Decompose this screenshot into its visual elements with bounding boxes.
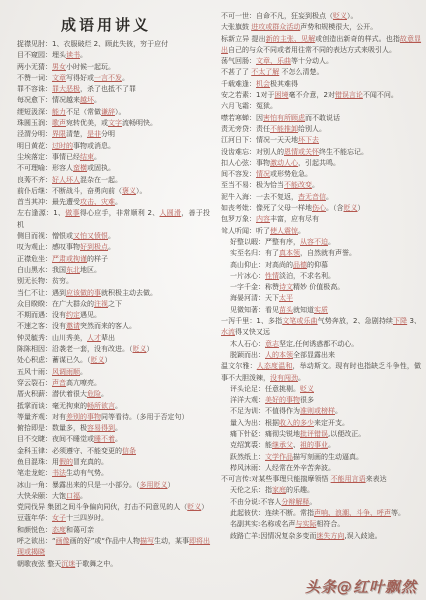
definition-highlight: 人的本领 (265, 351, 293, 359)
definition-text: 名称或名声 (260, 520, 295, 528)
definition-text: ，杀了也抵不了罪 (80, 85, 136, 93)
idiom-entry: 良莠不齐：好人坏人混杂在一起。 (17, 175, 210, 186)
definition-text: 事情已经 (52, 153, 80, 161)
idiom-entry: 不足为训：不值得作为准则或榜样。 (221, 406, 421, 417)
definition-highlight: 男女 (52, 63, 66, 71)
definition-highlight: 错误言论 (335, 91, 363, 99)
definition-text: 的样子 (87, 255, 108, 263)
definition-highlight: 文字 (108, 119, 122, 127)
idiom-term: 绠短汲深： (17, 108, 52, 116)
definition-text: 潜伏着很大 (52, 390, 87, 398)
idiom-term: 扣人心弦： (221, 159, 256, 167)
definition-text: 自己的与众不同或者用往常不同的表达方式来吸引人。 (228, 46, 396, 54)
definition-text: 任意挑剔。 (265, 385, 300, 393)
definition-text: 因情况复杂多变而 (260, 532, 316, 540)
definition-text: 宛转优美，或 (66, 119, 108, 127)
definition-highlight: 假的 (59, 458, 73, 466)
definition-highlight: 不能用言语 (331, 475, 366, 483)
idiom-term: 党同伐异 (17, 503, 47, 511)
definition-highlight: 苗头 (279, 306, 293, 314)
idiom-entry: 处心积虑：蓄谋已久。（贬义） (17, 355, 210, 366)
definition-text: ） (168, 481, 175, 489)
idiom-term: 不期而遇： (17, 311, 52, 319)
definition-text: 自命不凡，狂妄到极点（ (256, 12, 333, 20)
definition-text: 和蔼可亲 (66, 526, 94, 534)
idiom-term: 至当不易： (221, 181, 256, 189)
idiom-term: 没齿难忘： (221, 148, 256, 156)
idiom-entry: 左右逢源：1、做事得心应手，非常顺利 2、人圆滑，善于投机 (17, 208, 210, 231)
idiom-term: 当仁不让： (17, 289, 52, 297)
idiom-entry: 不赞一词：文章写得好或一言不发。 (17, 73, 210, 84)
definition-highlight: 美好的事物 (265, 396, 300, 404)
definition-text: 蓄谋已久。（ (52, 356, 91, 364)
definition-highlight: 应该做的事 (66, 289, 101, 297)
idiom-term: 穿云裂石： (17, 379, 52, 387)
idiom-term: 责无旁贷： (221, 125, 256, 133)
definition-text: 称赞 (265, 283, 279, 291)
idiom-entry: 绠短汲深：能力不足（常做谦辞）。 (17, 107, 210, 118)
definition-text: 得心应手，非常顺利 2、 (80, 209, 160, 217)
definition-highlight: 进攻或群众活动 (251, 23, 300, 31)
definition-text: 没有 (52, 311, 66, 319)
idiom-entry: 首当其冲：最先遭受攻击、灾难。 (17, 197, 210, 208)
definition-highlight: 严肃或拘谨 (52, 255, 87, 263)
idiom-term: 目不交睫： (17, 435, 52, 443)
definition-text: 坚定,任何诱惑都不动心。 (279, 340, 358, 348)
idiom-term: 鱼目混珠： (17, 458, 52, 466)
definition-highlight: 杳无音信 (298, 193, 326, 201)
idiom-entry: 抵掌而谈：毫无拘束的畅所欲言。 (17, 401, 210, 412)
definition-text: 或形势危急。 (270, 170, 312, 178)
definition-highlight: 品德 (293, 261, 307, 269)
definition-highlight: 内容 (256, 215, 270, 223)
idiom-entry: 尘埃落定：事情已经结束。 (17, 152, 210, 163)
definition-highlight: 人态度温和 (257, 362, 293, 370)
idiom-term: 叹为观止： (17, 243, 52, 251)
definition-text: ）。 (115, 108, 126, 116)
right-column: 不可一世：自命不凡，狂妄到极点（贬义）。大张旗鼓 进攻或群众活动声势和规模很大，… (221, 11, 421, 542)
definition-text: 小时候一起玩。 (66, 63, 115, 71)
definition-text: 很多 (300, 396, 314, 404)
definition-text: 等。 (391, 509, 405, 517)
idiom-term: 噤若寒蝉： (221, 114, 256, 122)
definition-text: 。 (328, 441, 335, 449)
idiom-entry: 目不窥园：埋头读书。 (17, 50, 210, 61)
idiom-term: 罪不容诛： (17, 85, 52, 93)
definition-text: 必须遵守、不能变更的 (52, 447, 122, 455)
definition-highlight: 从容不迫 (300, 238, 328, 246)
idiom-entry: 六月飞霜：冤狱。 (221, 101, 421, 112)
definition-highlight: 畅所欲言 (87, 402, 115, 410)
idiom-entry: 目不交睫：夜间不睡觉或睡不着。 (17, 434, 210, 445)
idiom-term: 不可言传: (221, 475, 251, 483)
idiom-term: 陈陈相因： (17, 345, 52, 353)
idiom-term: 笔走龙蛇： (17, 469, 52, 477)
definition-highlight: 声响、浪潮、斗争、呼声 (314, 509, 391, 517)
definition-text: 整天 (47, 560, 61, 568)
idiom-entry: 实至名归：有了真本领，自然就有声誉。 (221, 248, 421, 259)
definition-text: 责任 (256, 125, 270, 133)
definition-text: 用 (52, 458, 59, 466)
definition-text: 、 (293, 441, 300, 449)
definition-text: 埋头 (52, 51, 66, 59)
definition-text: 不闻不问。 (363, 91, 398, 99)
definition-highlight: 界限 (52, 130, 66, 138)
idiom-entry: 正襟危坐：严肃或拘谨的样子 (17, 254, 210, 265)
definition-text: 等十分动人。 (291, 57, 333, 65)
definition-text: ）。 (136, 187, 147, 195)
definition-text: 像死了父母一样地 (256, 204, 312, 212)
definition-text: 生动，某事 (154, 537, 189, 545)
idiom-entry: 明日黄花：过时的事物或消息。 (17, 141, 210, 152)
idiom-entry: 不期而遇：没有约定遇见。 (17, 310, 210, 321)
definition-highlight: 口福 (66, 492, 80, 500)
idiom-term: 目不窥园： (17, 51, 52, 59)
idiom-entry: 标新立异 提出新的主张、见解或创造出新奇的样式。也指故意显出自己的与众不同或者用… (221, 34, 421, 57)
idiom-entry: 侧目而视：憎恨或又怕又愤恨。 (17, 231, 210, 242)
definition-highlight: 准则或榜样 (300, 407, 335, 415)
idiom-entry: 荡气回肠：文章、乐曲等十分动人。 (221, 56, 421, 67)
idiom-term: 标新立异 (221, 35, 252, 43)
definition-highlight: 好人坏人 (52, 176, 80, 184)
definition-highlight: 批评错误 (300, 430, 328, 438)
idiom-entry: 不速之客：没有邀请突然而来的客人。 (17, 321, 210, 332)
idiom-entry: 见微知著：看见苗头就知道实质 (221, 305, 421, 316)
definition-text: 听了 (256, 227, 270, 235)
idiom-entry: 呼之欲出：“画像画的好”或“作品中人物描写生动，某事即将出现或揭晓 (17, 536, 210, 559)
definition-text: ,误入歧途。 (344, 532, 381, 540)
definition-highlight: 贬义 (300, 385, 314, 393)
document-page: 成语用讲义 捉襟见肘：1、衣服破烂 2、顾此失彼，穷于应付目不窥园：埋头读书。两… (0, 0, 426, 600)
definition-highlight: 贬义 (344, 204, 358, 212)
definition-highlight: 真本领 (279, 249, 300, 257)
definition-text: 清楚， (66, 130, 87, 138)
idiom-term: 金科玉律： (17, 447, 52, 455)
definition-text: 。 (115, 435, 122, 443)
definition-highlight: 继承父 (272, 441, 293, 449)
idiom-term: 不可一世： (221, 12, 256, 20)
definition-highlight: 文笔或乐曲 (282, 317, 317, 325)
definition-text: 对某些事理只能揣摩领悟 (251, 475, 330, 483)
definition-text: 给别人。 (298, 125, 326, 133)
definition-highlight: 注视 (94, 300, 108, 308)
idiom-term: 明日黄花： (17, 142, 52, 150)
definition-text: 指 (265, 486, 272, 494)
idiom-term: 不可理喻： (17, 164, 52, 172)
definition-highlight: 读书 (66, 51, 80, 59)
definition-text: 我国 (52, 266, 66, 274)
definition-text: 。 (309, 498, 316, 506)
definition-highlight: 贬义 (187, 503, 201, 511)
idiom-entry: 扣人心弦：事物激动人心，引起共鸣。 (221, 158, 421, 169)
idiom-term: 前仆后继： (17, 187, 52, 195)
definition-text: 。 (108, 232, 115, 240)
idiom-entry: 金科玉律：必须遵守、不能变更的信条 (17, 446, 210, 457)
definition-text: ） (105, 356, 112, 364)
idiom-entry: 大快朵颐：大饱口福。 (17, 491, 210, 502)
definition-highlight: 贬义 (133, 345, 147, 353)
definition-text: 高亢嘹亮。 (66, 379, 101, 387)
definition-text: 。 (101, 390, 108, 398)
definition-highlight: 能力 (52, 108, 66, 116)
idiom-term: 不足为训： (230, 407, 265, 415)
definition-text: 天下 (265, 294, 279, 302)
definition-highlight: 声音 (52, 379, 66, 387)
idiom-term: 洋洋大观： (230, 396, 265, 404)
definition-highlight: 画像 (56, 537, 70, 545)
definition-text: 暴露出来的只是一小部分。（ (52, 481, 140, 489)
definition-highlight: 分辩解释 (281, 498, 309, 506)
definition-text: 山川秀美， (52, 334, 87, 342)
idiom-entry: 不由分说:不容人分辩解释。 (221, 497, 421, 508)
definition-text: 遇见。 (80, 311, 101, 319)
idiom-entry: 两小无猜：男女小时候一起玩。 (17, 62, 210, 73)
idiom-term: 捉襟见肘： (17, 40, 52, 48)
idiom-entry: 不可理喻：形容人蛮横或固执。 (17, 163, 210, 174)
definition-text: 在广大群众的 (52, 300, 94, 308)
definition-highlight: 邀请 (66, 322, 80, 330)
idiom-term: 量入为出： (230, 419, 265, 427)
idiom-term: 高山仰止： (230, 261, 265, 269)
idiom-term: 名副其实: (230, 520, 260, 528)
definition-highlight: 女子 (52, 514, 66, 522)
definition-text: ） (358, 204, 365, 212)
definition-text: 生动有气势。 (66, 469, 108, 477)
definition-highlight: 越坏 (80, 96, 94, 104)
idiom-entry: 海晏河清：天下太平 (221, 293, 421, 304)
idiom-term: 实至名归： (230, 249, 265, 257)
idiom-term: 泥牛入海： (221, 193, 256, 201)
idiom-entry: 不可一世：自命不凡，狂妄到极点（贬义）。 (221, 11, 421, 22)
idiom-entry: 没齿难忘：对别人的恩情或关怀终生不能忘记。 (221, 147, 421, 158)
idiom-term: 痛下针砭： (230, 430, 265, 438)
definition-text: 全部显露出来 (293, 351, 335, 359)
definition-text: 形容人 (52, 164, 73, 172)
idiom-entry: 天伦之乐：指家庭的乐趣。 (221, 485, 421, 496)
definition-text: 1对于 (256, 91, 274, 99)
idiom-term: 不由分说: (230, 498, 260, 506)
idiom-term: 俯拾即是： (17, 424, 52, 432)
definition-text: 。 (328, 238, 335, 246)
definition-text: 画的好”或“作品中人物 (70, 537, 140, 545)
idiom-term: 栉风沐雨： (230, 464, 265, 472)
definition-text: 。 (335, 407, 342, 415)
idiom-entry: 叹为观止：感叹事物好到极点。 (17, 242, 210, 253)
idiom-term: 一片冰心： (230, 272, 265, 280)
idiom-entry: 和颜悦色：态度和蔼可亲 (17, 525, 210, 536)
idiom-term: 良莠不齐： (17, 176, 52, 184)
idiom-term: 千载难逢： (221, 80, 256, 88)
definition-highlight: 描写 (140, 537, 154, 545)
idiom-term: 此起彼伏： (230, 509, 265, 517)
definition-text: 声势和规模很大，公开。 (300, 23, 377, 31)
definition-highlight: 差别的事物 (66, 413, 101, 421)
definition-text: ） (147, 345, 154, 353)
definition-highlight: 新的主张、见解 (266, 35, 315, 43)
definition-text: 。 (115, 424, 122, 432)
definition-text: 看见 (265, 306, 279, 314)
definition-highlight: 伤心 (312, 204, 326, 212)
definition-highlight: 文学作品 (265, 453, 293, 461)
definition-highlight: 多用贬义 (140, 481, 168, 489)
idiom-term: 海晏河清： (230, 294, 265, 302)
idiom-entry: 俯拾即是：数量多，极容易得到。 (17, 423, 210, 434)
definition-text: 提出 (252, 35, 266, 43)
definition-text: 地区。 (80, 266, 101, 274)
definition-highlight: 信条 (122, 447, 136, 455)
definition-highlight: 蛮横 (73, 164, 87, 172)
idiom-term: 好整以暇： (230, 238, 265, 246)
idiom-entry: 厝火积薪：潜伏着很大危险。 (17, 389, 210, 400)
definition-highlight: 迷失方向 (316, 532, 344, 540)
idiom-term: 抵掌而谈： (17, 402, 52, 410)
definition-text: 突然而来的客人。 (80, 322, 136, 330)
watermark: 头条@红叶飘然 (305, 576, 417, 597)
idiom-term: 侧目而视： (17, 232, 52, 240)
idiom-term: 一泻千里： (221, 317, 256, 325)
idiom-entry: 大张旗鼓 进攻或群众活动声势和规模很大，公开。 (221, 22, 421, 33)
definition-text: 不断战斗，奋勇向前（ (52, 187, 122, 195)
idiom-entry: 如丧考妣：像死了父母一样地伤心。（含贬义） (221, 203, 421, 214)
idiom-term: 别无长物： (17, 277, 52, 285)
idiom-term: 歧路亡羊: (230, 532, 260, 540)
definition-highlight: 一言不发 (94, 74, 122, 82)
left-column: 捉襟见肘：1、衣服破烂 2、顾此失彼，穷于应付目不窥园：埋头读书。两小无猜：男女… (17, 39, 210, 570)
definition-text: 毫不介意，2对 (288, 91, 334, 99)
idiom-term: 不速之客： (17, 322, 52, 330)
idiom-entry: 陈陈相因：沿袭老一套，没有改进。（贬义） (17, 344, 210, 355)
definition-highlight: 危险 (87, 390, 101, 398)
idiom-term: 左右逢源： (17, 209, 53, 217)
definition-text: 毫无拘束的 (52, 402, 87, 410)
idiom-entry: 不可言传:对某些事理只能揣摩领悟 不能用言语来表达 (221, 474, 421, 485)
idiom-term: 处心积虑： (17, 356, 52, 364)
idiom-entry: 党同伐异 集团之间斗争偏向同伙，打击不同意见的人（贬义） (17, 502, 210, 513)
idiom-entry: 至当不易：极为恰当不能改变。 (221, 180, 421, 191)
definition-highlight: 激动人心 (270, 159, 298, 167)
idiom-term: 不甚了了 (221, 68, 251, 76)
idiom-entry: 泾渭分明：界限清楚，是非分明 (17, 129, 210, 140)
definition-text: 。 (298, 227, 305, 235)
idiom-entry: 罪不容诛：罪大恶极，杀了也抵不了罪 (17, 84, 210, 95)
idiom-term: 首当其冲： (17, 198, 52, 206)
idiom-term: 大快朵颐： (17, 492, 52, 500)
definition-highlight: 收入的多少 (279, 419, 314, 427)
definition-text: 写得好或 (66, 74, 94, 82)
definition-text: 同等看待。（多用于否定句） (101, 413, 189, 421)
idiom-term: 两小无猜： (17, 63, 52, 71)
definition-text: 沿袭老一套，没有改进。（ (52, 345, 133, 353)
definition-highlight: 意志 (265, 340, 279, 348)
idiom-entry: 高山仰止：对高尚的品德的仰慕 (221, 260, 421, 271)
definition-text: 极为恰当 (256, 181, 284, 189)
definition-text: ，自然就有声誉。 (300, 249, 356, 257)
idiom-term: 大张旗鼓 (221, 23, 251, 31)
idiom-term: 江河日下： (221, 136, 256, 144)
idiom-entry: 此起彼伏：连续不断。常指声响、浪潮、斗争、呼声等。 (221, 508, 421, 519)
idiom-term: 五风十雨： (17, 368, 52, 376)
idiom-entry: 脱颖而出：人的本领全部显露出来 (221, 350, 421, 361)
idiom-entry: 千载难逢：机会极其难得 (221, 79, 421, 90)
definition-text: 。 (312, 181, 319, 189)
definition-text: 。 (122, 74, 129, 82)
idiom-entry: 朝歌夜弦 整天沉迷于歌舞之中。 (17, 559, 210, 570)
definition-text: 痛彻尖锐地 (265, 430, 300, 438)
definition-text: 不值得作为 (265, 407, 300, 415)
definition-highlight: 容易得到 (87, 424, 115, 432)
definition-highlight: 使人震惊 (270, 227, 298, 235)
definition-text: 3、 (407, 317, 421, 325)
idiom-entry: 歧路亡羊:因情况复杂多变而迷失方向,误入歧途。 (221, 531, 421, 542)
idiom-term: 厝火积薪： (17, 390, 52, 398)
definition-highlight: 不能推卸 (270, 125, 298, 133)
idiom-term: 正襟危坐： (17, 255, 52, 263)
idiom-term: 和颜悦色： (17, 526, 52, 534)
definition-text: 贫穷。 (52, 277, 73, 285)
idiom-entry: 冰山一角：暴露出来的只是一小部分。（多用贬义） (17, 480, 210, 491)
definition-text: 夜间不睡觉或 (52, 435, 94, 443)
definition-highlight: 机会 (256, 80, 270, 88)
idiom-entry: 名副其实:名称或名声与实际相符合。 (221, 519, 421, 530)
idiom-term: 不赞一词： (17, 74, 52, 82)
definition-highlight: 情况 (256, 170, 270, 178)
idiom-term: 跃然纸上： (230, 453, 265, 461)
idiom-entry: 五风十雨：风调雨顺。 (17, 367, 210, 378)
idiom-entry: 量入为出：根据收入的多少来定开支。 (221, 418, 421, 429)
definition-text: 一去不复返， (256, 193, 298, 201)
idiom-entry: 泥牛入海：一去不复返，杳无音信。 (221, 192, 421, 203)
definition-highlight: 攻击、灾难 (80, 198, 115, 206)
definition-text: 得又快又远 (235, 328, 270, 336)
idiom-entry: 一片冰心：性情淡泊，不求名利。 (221, 271, 421, 282)
definition-highlight: 贬义 (333, 12, 347, 20)
idiom-entry: 克绍箕裘：能继承父、祖的事业。 (221, 440, 421, 451)
definition-highlight: 贬义 (91, 356, 105, 364)
idiom-term: 耸人听闻： (221, 227, 256, 235)
idiom-term: 包罗万象： (221, 215, 256, 223)
definition-highlight: 困境 (274, 91, 288, 99)
definition-text: 1、衣服破烂 2、顾此失彼，穷于应付 (52, 40, 168, 48)
definition-text: 数量多，极 (52, 424, 87, 432)
idiom-entry: 一字千金：称赞诗文精妙 价值极高。 (221, 282, 421, 293)
definition-text: 。（含 (326, 204, 344, 212)
definition-text: 事物 (256, 159, 270, 167)
definition-text: 感叹事物 (52, 243, 80, 251)
definition-text: 流畅明快。 (122, 119, 157, 127)
definition-text: 来表达 (366, 475, 387, 483)
idiom-term: 朝歌夜弦 (17, 560, 47, 568)
idiom-entry: 栉风沐雨：人经常在外辛苦奔波。 (221, 463, 421, 474)
idiom-term: 白山黑水： (17, 266, 52, 274)
definition-highlight: 实质 (314, 306, 328, 314)
idiom-entry: 跃然纸上：文学作品描写刻画的生动逼真。 (221, 452, 421, 463)
definition-text: 。 (80, 492, 87, 500)
idiom-entry: 等量齐观：对有差别的事物同等看待。（多用于否定句） (17, 412, 210, 423)
definition-text: 就积极主动去做。 (101, 289, 157, 297)
definition-text: 。 (298, 374, 305, 382)
idiom-term: 见微知著： (230, 306, 265, 314)
definition-highlight: 结束 (80, 153, 94, 161)
idiom-entry: 木人石心：意志坚定,任何诱惑都不动心。 (221, 339, 421, 350)
definition-highlight: 人圆滑 (160, 209, 182, 217)
idiom-term: 温文尔雅： (221, 362, 257, 370)
idiom-entry: 包罗万象：内容丰富，应有尽有 (221, 214, 421, 225)
definition-highlight: 害怕有所顾虑 (263, 114, 305, 122)
idiom-entry: 噤若寒蝉：因害怕有所顾虑而不敢说话 (221, 113, 421, 124)
idiom-entry: 耸人听闻：听了使人震惊。 (221, 226, 421, 237)
idiom-term: 每况愈下： (17, 96, 52, 104)
definition-highlight: 好到极点 (80, 243, 108, 251)
